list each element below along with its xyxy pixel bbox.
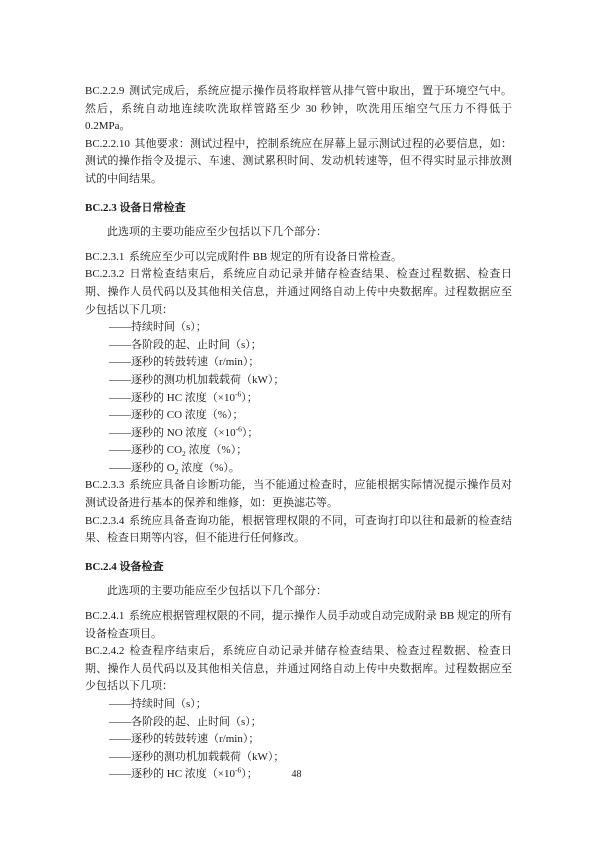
clause-paragraph-bc229: BC.2.2.9测试完成后，系统应提示操作员将取样管从排气管中取出，置于环境空气…: [85, 83, 512, 136]
list-item: ——逐秒的测功机加载载荷（kW）；: [85, 372, 512, 390]
clause-text: 系统应根据管理权限的不同，提示操作人员手动或自动完成附录 BB 规定的所有设备检…: [85, 610, 512, 640]
document-page: BC.2.2.9测试完成后，系统应提示操作员将取样管从排气管中取出，置于环境空气…: [0, 0, 593, 842]
list-item: ——逐秒的 CO 浓度（%）；: [85, 407, 512, 425]
list-item: ——各阶段的起、止时间（s）；: [85, 337, 512, 355]
clause-text: 日常检查结束后，系统应自动记录并储存检查结果、检查过程数据、检查日期、操作人员代…: [85, 268, 512, 315]
list-item: ——逐秒的 O2 浓度（%）。: [85, 460, 512, 478]
clause-paragraph-bc242: BC.2.4.2检查程序结束后，系统应自动记录并储存检查结果、检查过程数据、检查…: [85, 643, 512, 696]
clause-paragraph-bc231: BC.2.3.1系统应至少可以完成附件 BB 规定的所有设备日常检查。: [85, 249, 512, 267]
document-content: BC.2.2.9测试完成后，系统应提示操作员将取样管从排气管中取出，置于环境空气…: [85, 83, 512, 784]
section-intro: 此选项的主要功能应至少包括以下几个部分：: [85, 224, 512, 242]
list-item: ——持续时间（s）；: [85, 696, 512, 714]
clause-number: BC.2.3.3: [85, 479, 124, 491]
clause-text: 测试完成后，系统应提示操作员将取样管从排气管中取出，置于环境空气中。然后，系统自…: [85, 85, 512, 132]
section-heading-bc23: BC.2.3 设备日常检查: [85, 200, 512, 218]
clause-number: BC.2.4.2: [85, 645, 124, 657]
clause-text: 系统应具备查询功能，根据管理权限的不同，可查询打印以往和最新的检查结果、检查日期…: [85, 515, 512, 545]
clause-text: 检查程序结束后，系统应自动记录并储存检查结果、检查过程数据、检查日期、操作人员代…: [85, 645, 512, 692]
clause-text: 其他要求：测试过程中，控制系统应在屏幕上显示测试过程的必要信息，如：测试的操作指…: [85, 138, 512, 185]
list-item: ——逐秒的 CO2 浓度（%）；: [85, 442, 512, 460]
list-item: ——逐秒的转鼓转速（r/min）；: [85, 354, 512, 372]
list-item: ——逐秒的 HC 浓度（×10-6）；: [85, 390, 512, 408]
page-number: 48: [0, 769, 593, 780]
list-item: ——逐秒的 NO 浓度（×10-6）；: [85, 425, 512, 443]
section-heading-bc24: BC.2.4 设备检查: [85, 559, 512, 577]
clause-paragraph-bc234: BC.2.3.4系统应具备查询功能，根据管理权限的不同，可查询打印以往和最新的检…: [85, 513, 512, 548]
list-item: ——逐秒的转鼓转速（r/min）；: [85, 731, 512, 749]
section-intro: 此选项的主要功能应至少包括以下几个部分：: [85, 583, 512, 601]
list-item: ——逐秒的测功机加载载荷（kW）；: [85, 749, 512, 767]
clause-number: BC.2.3.4: [85, 515, 124, 527]
clause-number: BC.2.3.1: [85, 251, 124, 263]
list-item: ——各阶段的起、止时间（s）；: [85, 714, 512, 732]
clause-text: 系统应具备自诊断功能，当不能通过检查时，应能根据实际情况提示操作员对测试设备进行…: [85, 479, 512, 509]
clause-paragraph-bc2210: BC.2.2.10其他要求：测试过程中，控制系统应在屏幕上显示测试过程的必要信息…: [85, 136, 512, 189]
clause-number: BC.2.2.10: [85, 138, 130, 150]
clause-number: BC.2.2.9: [85, 85, 124, 97]
list-item: ——持续时间（s）；: [85, 319, 512, 337]
data-items-list-daily-check: ——持续时间（s）； ——各阶段的起、止时间（s）； ——逐秒的转鼓转速（r/m…: [85, 319, 512, 477]
clause-number: BC.2.3.2: [85, 268, 124, 280]
clause-text: 系统应至少可以完成附件 BB 规定的所有设备日常检查。: [129, 251, 402, 263]
clause-paragraph-bc241: BC.2.4.1系统应根据管理权限的不同，提示操作人员手动或自动完成附录 BB …: [85, 608, 512, 643]
clause-paragraph-bc233: BC.2.3.3系统应具备自诊断功能，当不能通过检查时，应能根据实际情况提示操作…: [85, 477, 512, 512]
clause-paragraph-bc232: BC.2.3.2日常检查结束后，系统应自动记录并储存检查结果、检查过程数据、检查…: [85, 266, 512, 319]
clause-number: BC.2.4.1: [85, 610, 124, 622]
